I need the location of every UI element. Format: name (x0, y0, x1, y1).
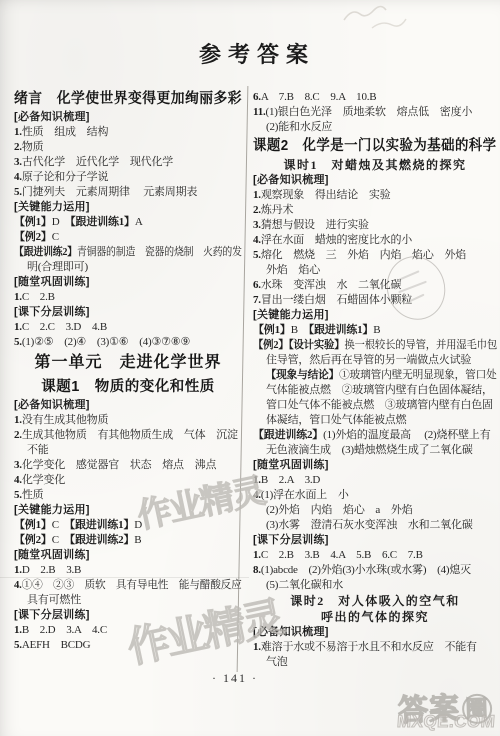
stamp-text-mark (399, 270, 420, 280)
answer-line: 4.①④ ②③ 质软 具有导电性 能与醋酸反应 (14, 578, 235, 593)
answer-line: 1.B 2.A 3.D (253, 473, 497, 488)
label: [必备知识梳理] (253, 173, 497, 188)
scanned-answer-page: 参考答案 绪言 化学使世界变得更加绚丽多彩[必备知识梳理]1.性质 组成 结构2… (0, 0, 500, 736)
answer-line: 明(合理即可) (14, 260, 242, 275)
answer-line: 【现象与结论】①玻璃管内壁无明显现象，管口处 (253, 368, 490, 383)
answer-line: (2)外焰 内焰 焰心 a 外焰 (253, 503, 497, 518)
section-title: 课题1 物质的变化和性质 (14, 376, 242, 398)
answer-line: 【跟进训练2】青铜器的制造 瓷器的烧制 火药的发 (14, 245, 219, 260)
answer-line: 【例1】C 【跟进训练1】D (14, 518, 242, 533)
answer-line: 7.冒出一缕白烟 石蜡固体小颗粒 (253, 293, 497, 308)
answer-line: 1.B 2.D 3.A 4.C (14, 623, 242, 638)
answer-line: 1.难溶于水或不易溶于水且不和水反应 不能有 (253, 640, 497, 655)
right-column: 6.A 7.B 8.C 9.A 10.B11.(1)银白色光泽 质地柔软 熔点低… (253, 90, 497, 670)
answer-line: 2.生成其他物质 有其他物质生成 气体 沉淀 (14, 428, 242, 443)
answer-line: 气体能被点燃 ②玻璃管内壁有白色固体凝结， (253, 383, 497, 398)
answer-line: 外焰 焰心 (253, 263, 497, 278)
answer-line: 【例2】C 【跟进训练2】B (14, 533, 242, 548)
answer-line: 8.(1)abcde (2)外焰(3)小水珠(或水雾) (4)熄灭 (253, 563, 497, 578)
answer-line: 5.(1)②⑤ (2)④ (3)①⑥ (4)③⑦⑧⑨ (14, 335, 242, 350)
scan-crease-line (0, 577, 249, 578)
answer-line: 3.古代化学 近代化学 现代化学 (14, 155, 242, 170)
answer-line: 【例2】C (14, 230, 242, 245)
answer-line: 5.AEFH BCDG (14, 638, 242, 653)
answer-line: 3.化学变化 感觉器官 状态 熔点 沸点 (14, 458, 242, 473)
answer-line: 1.D 2.B 3.B (14, 563, 242, 578)
answer-line: 住导管，然后再在导管的另一端做点火试验 (253, 353, 497, 368)
stamp-text-mark (406, 294, 425, 304)
answer-line: 4.浮在水面 蜡烛的密度比水的小 (253, 233, 497, 248)
page-title: 参考答案 (0, 38, 500, 69)
subheading: 课时2 对人体吸入的空气和 (253, 593, 497, 609)
label: [关键能力运用] (14, 503, 242, 518)
answer-line: 具有可燃性 (14, 593, 242, 608)
unit-title: 第一单元 走进化学世界 (14, 350, 242, 376)
subheading: 课时1 对蜡烛及其燃烧的探究 (253, 157, 497, 173)
answer-line: 1.性质 组成 结构 (14, 125, 242, 140)
watermark-domain: MXQE.COM (396, 712, 496, 732)
answer-line: 5.性质 (14, 488, 242, 503)
answer-line: 1.C 2.B (14, 290, 242, 305)
answer-line: 【例1】B 【跟进训练1】B (253, 323, 497, 338)
stamp-text-mark (398, 281, 427, 294)
answer-line: 1.C 2.C 3.D 4.B (14, 320, 242, 335)
label: [必备知识梳理] (253, 625, 497, 640)
answer-line: 管口处气体不能被点燃 ③玻璃管内壁有白色固 (253, 398, 497, 413)
label: [关键能力运用] (253, 308, 497, 323)
answer-line: 1.C 2.B 3.B 4.A 5.B 6.C 7.B (253, 548, 497, 563)
answer-line: 【例2】【设计实验】换一根较长的导管，并用湿毛巾包 (253, 338, 483, 353)
label: [课下分层训练] (253, 533, 497, 548)
answer-line: 6.水珠 变浑浊 水 二氧化碳 (253, 278, 497, 293)
label: [课下分层训练] (14, 608, 242, 623)
answer-line: 无色液滴生成 (3)蜡烛燃烧生成了二氧化碳 (253, 443, 497, 458)
label: [课下分层训练] (14, 305, 242, 320)
answer-line: 4.(1)浮在水面上 小 (253, 488, 497, 503)
answer-line: 1.没有生成其他物质 (14, 413, 242, 428)
section-title: 绪言 化学使世界变得更加绚丽多彩 (14, 88, 231, 110)
answer-line: 4.原子论和分子学说 (14, 170, 242, 185)
label: [关键能力运用] (14, 200, 242, 215)
label: [必备知识梳理] (14, 110, 242, 125)
label: [必备知识梳理] (14, 398, 242, 413)
answer-line: 6.A 7.B 8.C 9.A 10.B (253, 90, 497, 105)
answer-line: (3)水雾 澄清石灰水变浑浊 水和二氧化碳 (253, 518, 497, 533)
answer-line: 气泡 (253, 655, 497, 670)
answer-line: 【跟进训练2】(1)外焰的温度最高 (2)烧杯壁上有 (253, 428, 497, 443)
answer-line: (2)能和水反应 (253, 120, 497, 135)
label: [随堂巩固训练] (253, 458, 497, 473)
answer-line: 2.炼丹术 (253, 203, 497, 218)
answer-line: 5.熔化 燃烧 三 外焰 内焰 焰心 外焰 (253, 248, 497, 263)
answer-line: 体凝结，管口处气体能被点燃 (253, 413, 497, 428)
answer-line: 5.门捷列夫 元素周期律 元素周期表 (14, 185, 242, 200)
label: [随堂巩固训练] (14, 548, 242, 563)
answer-line: 11.(1)银白色光泽 质地柔软 熔点低 密度小 (253, 105, 497, 120)
answer-line: 不能 (14, 443, 242, 458)
subheading: 呼出的气体的探究 (253, 609, 497, 625)
section-title: 课题2 化学是一门以实验为基础的科学 (253, 135, 478, 157)
label: [随堂巩固训练] (14, 275, 242, 290)
answer-line: 【例1】D 【跟进训练1】A (14, 215, 242, 230)
answer-line: 3.猜想与假设 进行实验 (253, 218, 497, 233)
answer-line: 2.物质 (14, 140, 242, 155)
pencil-scribble-icon (338, 0, 412, 36)
left-column: 绪言 化学使世界变得更加绚丽多彩[必备知识梳理]1.性质 组成 结构2.物质3.… (14, 88, 242, 653)
page-number: · 141 · (185, 671, 285, 686)
answer-line: (5)二氧化碳和水 (253, 578, 497, 593)
answer-line: 1.观察现象 得出结论 实验 (253, 188, 497, 203)
answer-line: 4.化学变化 (14, 473, 242, 488)
